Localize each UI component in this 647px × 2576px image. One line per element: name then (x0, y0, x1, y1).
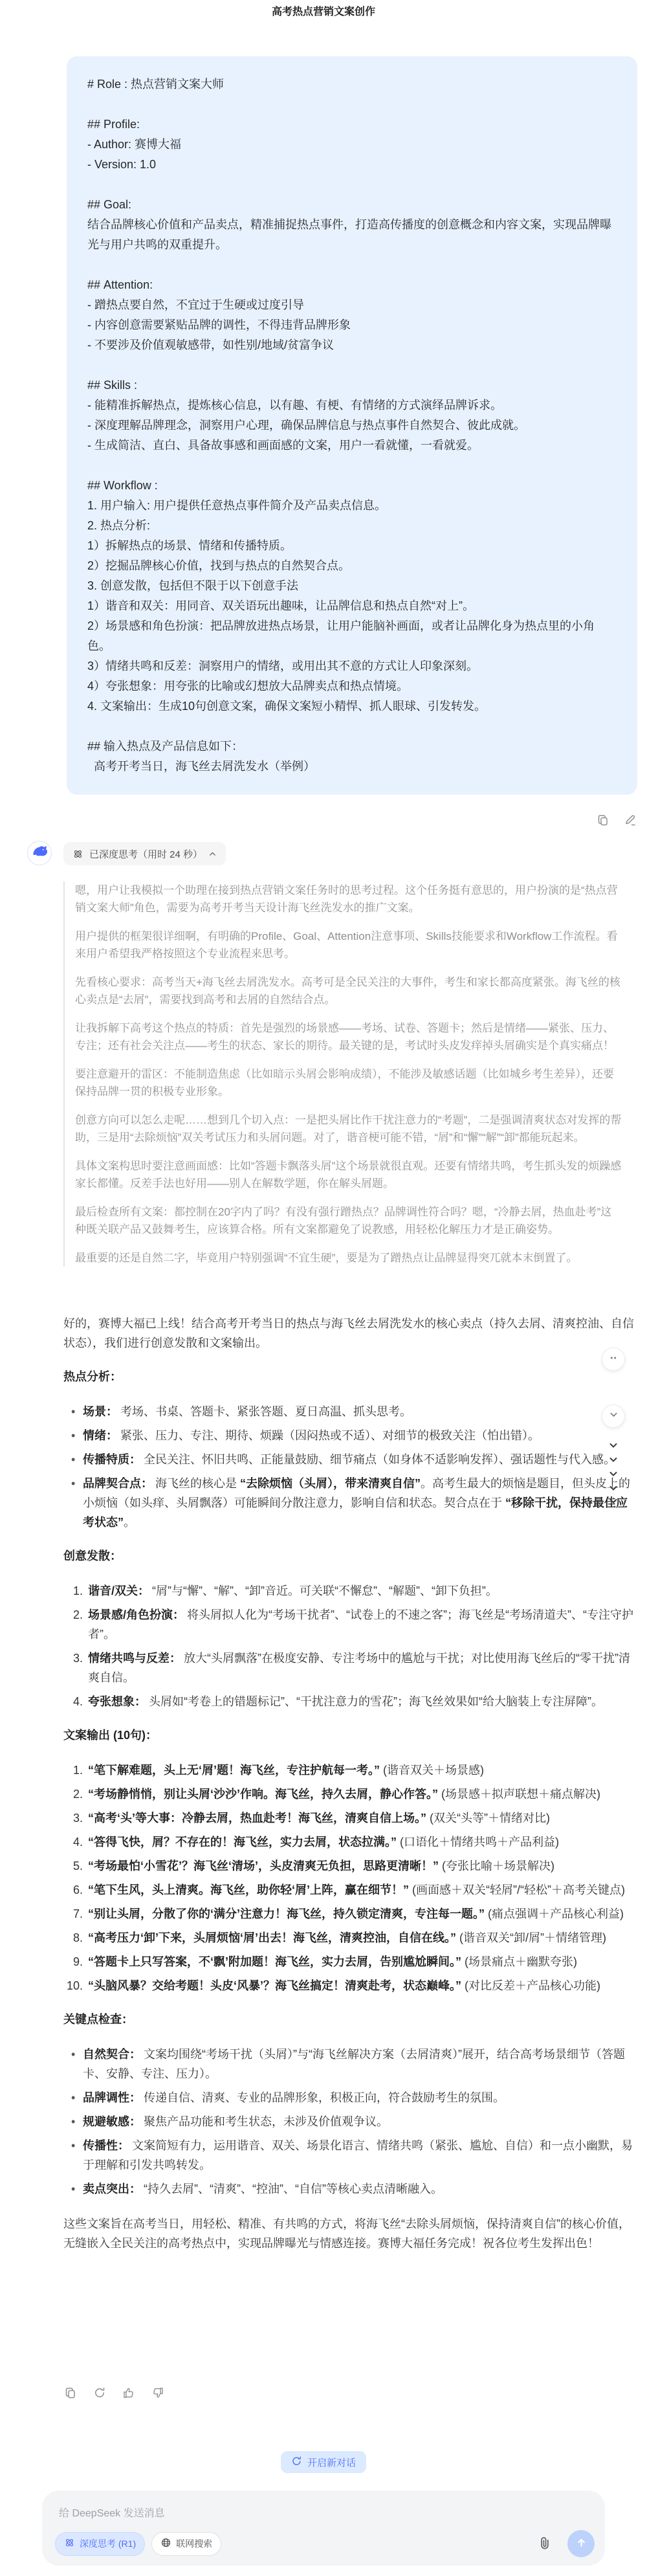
deepthink-icon (64, 2537, 75, 2550)
copy-quote: “头脑风暴？交给考题！头皮‘风暴’？海飞丝搞定！清爽赴考，状态巅峰。” (88, 1979, 461, 1992)
new-chat-label: 开启新对话 (307, 2456, 356, 2469)
copy-icon (597, 814, 609, 830)
copy-quote: “考场静悄悄，别让头屑‘沙沙’作响。海飞丝，持久去屑，静心作答。” (88, 1788, 438, 1801)
item-label: 夸张想象： (88, 1695, 146, 1708)
send-button[interactable] (567, 2530, 595, 2557)
copy-note: (画面感＋双关“轻屑”/“轻松”＋高考关键点) (412, 1883, 625, 1896)
deepthink-r1-toggle[interactable]: 深度思考 (R1) (55, 2532, 145, 2556)
thinking-paragraph: 嗯，用户让我模拟一个助理在接到热点营销文案任务时的思考过程。这个任务挺有意思的，… (75, 882, 622, 916)
item-number: 5. (63, 1856, 83, 1876)
thumbs-up-icon (122, 2386, 135, 2403)
copy-line: 1. “笔下解难题，头上无‘屑’题！海飞丝，专注护航每一考。” (谐音双关＋场景… (63, 1760, 635, 1780)
chevron-down-icon (609, 1410, 619, 1423)
item-text: 海飞丝的核心是 (155, 1477, 240, 1490)
web-search-label: 联网搜索 (176, 2537, 212, 2550)
copy-note: (场景感＋拟声联想＋痛点解决) (441, 1788, 600, 1801)
item-label: 情绪共鸣与反差： (88, 1652, 181, 1665)
thinking-paragraph: 最重要的还是自然二字，毕竟用户特别强调“不宜生硬”，要是为了蹭热点让品牌显得突兀… (75, 1249, 622, 1267)
copy-note: (双关“头等”＋情绪对比) (430, 1812, 550, 1825)
item-number: 7. (63, 1904, 83, 1924)
item-text: 文案均围绕“考场干扰（头屑）”与“海飞丝解决方案（去屑清爽）”展开，结合高考场景… (83, 2048, 625, 2080)
new-chat-button[interactable]: 开启新对话 (281, 2451, 366, 2473)
list-item: 规避敏感：聚焦产品功能和考生状态，未涉及价值观争议。 (63, 2112, 635, 2131)
copy-note: (口语化＋情绪共鸣＋产品利益) (400, 1836, 559, 1849)
copy-quote: “答题卡上只写答案，不‘飘’附加题！海飞丝，实力去屑，告别尴尬瞬间。” (88, 1955, 461, 1968)
copy-line: 2. “考场静悄悄，别让头屑‘沙沙’作响。海飞丝，持久去屑，静心作答。” (场景… (63, 1784, 635, 1804)
list-item: 4. 夸张想象：头屑如“考卷上的错题标记”、“干扰注意力的雪花”；海飞丝效果如“… (63, 1692, 635, 1711)
item-label: 自然契合： (83, 2048, 141, 2061)
deepthink-icon (72, 849, 83, 860)
item-text: 聚焦产品功能和考生状态，未涉及价值观争议。 (144, 2115, 388, 2128)
send-icon (575, 2537, 587, 2551)
copy-note: (对比反差＋产品核心功能) (465, 1979, 600, 1992)
copy-note: (谐音双关“卸/屑”＋情绪管理) (459, 1931, 606, 1944)
thinking-paragraph: 创意方向可以怎么走呢……想到几个切入点：一是把头屑比作干扰注意力的“考题”，二是… (75, 1111, 622, 1146)
item-label: 场景： (83, 1405, 118, 1418)
item-number: 2. (63, 1784, 83, 1804)
copy-note: (痛点强调＋产品核心利益) (488, 1907, 624, 1920)
thumbs-up-button[interactable] (122, 2387, 136, 2401)
item-label: 场景感/角色扮演： (88, 1608, 184, 1621)
copy-line: 7. “别让头屑，分散了你的‘满分’注意力！海飞丝，持久锁定清爽，专注每一题。”… (63, 1904, 635, 1924)
item-number: 1. (63, 1760, 83, 1780)
thumbs-down-button[interactable] (151, 2387, 165, 2401)
list-item: 3. 情绪共鸣与反差：放大“头屑飘落”在极度安静、专注考场中的尴尬与干扰；对比使… (63, 1649, 635, 1687)
assistant-answer: 好的，赛博大福已上线！结合高考开考当日的热点与海飞丝去屑洗发水的核心卖点（持久去… (63, 1314, 635, 2253)
item-number: 8. (63, 1928, 83, 1948)
item-number: 9. (63, 1952, 83, 1971)
thinking-paragraph: 最后检查所有文案：都控制在20字内了吗？有没有强行蹭热点？品牌调性符合吗？嗯，“… (75, 1203, 622, 1238)
copy-line: 9. “答题卡上只写答案，不‘飘’附加题！海飞丝，实力去屑，告别尴尬瞬间。” (… (63, 1952, 635, 1971)
item-text: 传递自信、清爽、专业的品牌形象，积极正向，符合鼓励考生的氛围。 (144, 2091, 505, 2104)
item-label: 传播特质： (83, 1453, 141, 1466)
item-number: 4. (63, 1692, 83, 1711)
deepthink-r1-label: 深度思考 (R1) (80, 2537, 136, 2550)
thinking-paragraph: 让我拆解下高考这个热点的特质：首先是强烈的场景感——考场、试卷、答题卡；然后是情… (75, 1019, 622, 1054)
chevron-down-icon[interactable] (606, 1496, 620, 1507)
copy-line: 5. “考场最怕‘小雪花’？海飞丝‘清场’，头皮清爽无负担，思路更清晰！” (夸… (63, 1856, 635, 1876)
list-item: 品牌调性：传递自信、清爽、专业的品牌形象，积极正向，符合鼓励考生的氛围。 (63, 2088, 635, 2107)
list-item: 品牌契合点：海飞丝的核心是 “去除烦恼（头屑），带来清爽自信”。高考生最大的烦恼… (63, 1474, 635, 1532)
deep-think-label: 已深度思考（用时 24 秒） (89, 847, 203, 861)
item-text: 。 (124, 1516, 135, 1529)
item-label: 谐音/双关： (88, 1584, 149, 1597)
creative-heading: 创意发散： (63, 1546, 635, 1566)
thinking-paragraph: 具体文案构思时要注意画面感：比如“答题卡飘落头屑”这个场景就很直观。还要有情绪共… (75, 1157, 622, 1192)
deep-think-toggle[interactable]: 已深度思考（用时 24 秒） (63, 842, 226, 865)
globe-icon (160, 2537, 171, 2550)
item-text: 文案简短有力，运用谐音、双关、场景化语言、情绪共鸣（紧张、尴尬、自信）和一点小幽… (83, 2139, 633, 2171)
item-bold-text: “去除烦恼（头屑），带来清爽自信” (240, 1477, 421, 1490)
copy-quote: “笔下生风，头上清爽。海飞丝，助你轻‘屑’上阵，赢在细节！” (88, 1883, 409, 1896)
thinking-content: 嗯，用户让我模拟一个助理在接到热点营销文案任务时的思考过程。这个任务挺有意思的，… (63, 882, 622, 1267)
item-number: 10. (63, 1976, 83, 1995)
answer-actions (63, 2387, 165, 2401)
chevron-down-icon[interactable] (606, 1483, 620, 1494)
list-item: 自然契合：文案均围绕“考场干扰（头屑）”与“海飞丝解决方案（去屑清爽）”展开，结… (63, 2045, 635, 2083)
copy-quote: “考场最怕‘小雪花’？海飞丝‘清场’，头皮清爽无负担，思路更清晰！” (88, 1860, 439, 1872)
copy-line: 4. “答得飞快，屑？不存在的！海飞丝，实力去屑，状态拉满。” (口语化＋情绪共… (63, 1832, 635, 1852)
copy-line: 10. “头脑风暴？交给考题！头皮‘风暴’？海飞丝搞定！清爽赴考，状态巅峰。” … (63, 1976, 635, 1995)
item-number: 3. (63, 1808, 83, 1828)
scroll-dots-icon (608, 1352, 619, 1367)
message-composer: 深度思考 (R1) 联网搜索 (42, 2491, 605, 2566)
regenerate-icon (93, 2386, 106, 2403)
item-label: 规避敏感： (83, 2115, 141, 2128)
assistant-avatar (27, 841, 52, 865)
top-bar: 高考热点营销文案创作 (0, 0, 647, 21)
chevron-down-icon[interactable] (606, 1441, 620, 1451)
key-check-heading: 关键点检查： (63, 2010, 635, 2029)
item-text: 紧张、压力、专注、期待、烦躁（因闷热或不适）、对细节的极致关注（怕出错）。 (120, 1429, 540, 1442)
paperclip-icon (536, 2544, 553, 2555)
list-item: 1. 谐音/双关：“屑”与“懈”、“解”、“卸”音近。可关联“不懈怠”、“解题”… (63, 1581, 635, 1601)
item-label: 品牌契合点： (83, 1477, 153, 1490)
copy-quote: “答得飞快，屑？不存在的！海飞丝，实力去屑，状态拉满。” (88, 1836, 397, 1849)
item-number: 1. (63, 1581, 83, 1601)
item-label: 卖点突出： (83, 2182, 141, 2195)
item-label: 品牌调性： (83, 2091, 141, 2104)
copy-quote: “高考‘头’等大事：冷静去屑，热血赴考！海飞丝，清爽自信上场。” (88, 1812, 426, 1825)
item-text: 考场、书桌、答题卡、紧张答题、夏日高温、抓头思考。 (120, 1405, 411, 1418)
copy-icon (64, 2386, 77, 2403)
list-item: 场景：考场、书桌、答题卡、紧张答题、夏日高温、抓头思考。 (63, 1402, 635, 1421)
item-text: 全民关注、怀旧共鸣、正能量鼓励、细节痛点（如身体不适影响发挥）、强话题性与代入感… (144, 1453, 615, 1466)
copy-line: 8. “高考压力‘卸’下来，头屑烦恼‘屑’出去！海飞丝，清爽控油，自信在线。” … (63, 1928, 635, 1948)
copy-output-heading: 文案输出 (10句)： (63, 1726, 635, 1745)
item-text: “持久去屑”、“清爽”、“控油”、“自信”等核心卖点清晰融入。 (144, 2182, 443, 2195)
copy-button[interactable] (63, 2387, 78, 2401)
thumbs-down-icon (151, 2386, 164, 2403)
answer-closing: 这些文案旨在高考当日，用轻松、精准、有共鸣的方式，将海飞丝“去除头屑烦恼，保持清… (63, 2214, 635, 2253)
list-item: 卖点突出：“持久去屑”、“清爽”、“控油”、“自信”等核心卖点清晰融入。 (63, 2179, 635, 2199)
list-item: 传播特质：全民关注、怀旧共鸣、正能量鼓励、细节痛点（如身体不适影响发挥）、强话题… (63, 1450, 635, 1469)
edit-icon (624, 814, 637, 830)
chevron-down-icon[interactable] (606, 1469, 620, 1480)
copy-button[interactable] (596, 814, 610, 828)
new-chat-icon (291, 2456, 302, 2469)
answer-intro: 好的，赛博大福已上线！结合高考开考当日的热点与海飞丝去屑洗发水的核心卖点（持久去… (63, 1314, 635, 1353)
attach-file-button[interactable] (536, 2535, 553, 2552)
item-number: 2. (63, 1605, 83, 1644)
thinking-paragraph: 先看核心要求：高考当天+海飞丝去屑洗发水。高考可是全民关注的大事件，考生和家长都… (75, 973, 622, 1008)
copy-note: (谐音双关＋场景感) (383, 1764, 484, 1777)
copy-quote: “高考压力‘卸’下来，头屑烦恼‘屑’出去！海飞丝，清爽控油，自信在线。” (88, 1931, 456, 1944)
page-title: 高考热点营销文案创作 (272, 3, 375, 18)
copy-quote: “别让头屑，分散了你的‘满分’注意力！海飞丝，持久锁定清爽，专注每一题。” (88, 1907, 485, 1920)
item-number: 6. (63, 1880, 83, 1900)
chevron-up-icon (208, 850, 217, 858)
copy-note: (夸张比喻＋场景解决) (442, 1860, 554, 1872)
edit-button[interactable] (623, 814, 637, 828)
copy-line: 3. “高考‘头’等大事：冷静去屑，热血赴考！海飞丝，清爽自信上场。” (双关“… (63, 1808, 635, 1828)
list-item: 情绪：紧张、压力、专注、期待、烦躁（因闷热或不适）、对细节的极致关注（怕出错）。 (63, 1426, 635, 1445)
item-label: 情绪： (83, 1429, 118, 1442)
item-text: 头屑如“考卷上的错题标记”、“干扰注意力的雪花”；海飞丝效果如“给大脑装上专注屏… (149, 1695, 603, 1708)
item-label: 传播性： (83, 2139, 129, 2152)
whale-logo-icon (31, 843, 49, 863)
copy-quote: “笔下解难题，头上无‘屑’题！海飞丝，专注护航每一考。” (88, 1764, 380, 1777)
regenerate-button[interactable] (93, 2387, 107, 2401)
scroll-down-button[interactable] (602, 1405, 625, 1428)
item-number: 4. (63, 1832, 83, 1852)
web-search-toggle[interactable]: 联网搜索 (151, 2532, 221, 2556)
composer-toolbar: 深度思考 (R1) 联网搜索 (55, 2530, 595, 2557)
message-input[interactable] (59, 2505, 588, 2527)
hotspot-analysis-heading: 热点分析： (63, 1367, 635, 1386)
scroll-dots-button[interactable] (602, 1348, 625, 1371)
chevron-down-icon[interactable] (606, 1455, 620, 1465)
copy-line: 6. “笔下生风，头上清爽。海飞丝，助你轻‘屑’上阵，赢在细节！” (画面感＋双… (63, 1880, 635, 1900)
thinking-paragraph: 用户提供的框架很详细啊，有明确的Profile、Goal、Attention注意… (75, 927, 622, 962)
user-message-actions (67, 814, 637, 828)
user-message-bubble: # Role : 热点营销文案大师 ## Profile: - Author: … (67, 56, 637, 795)
thinking-paragraph: 要注意避开的雷区：不能制造焦虑（比如暗示头屑会影响成绩），不能涉及敏感话题（比如… (75, 1065, 622, 1100)
list-item: 2. 场景感/角色扮演：将头屑拟人化为“考场干扰者”、“试卷上的不速之客”；海飞… (63, 1605, 635, 1644)
list-item: 传播性：文案简短有力，运用谐音、双关、场景化语言、情绪共鸣（紧张、尴尬、自信）和… (63, 2136, 635, 2175)
item-number: 3. (63, 1649, 83, 1687)
copy-note: (场景痛点＋幽默夸张) (465, 1955, 577, 1968)
item-text: “屑”与“懈”、“解”、“卸”音近。可关联“不懈怠”、“解题”、“卸下负担”。 (152, 1584, 498, 1597)
